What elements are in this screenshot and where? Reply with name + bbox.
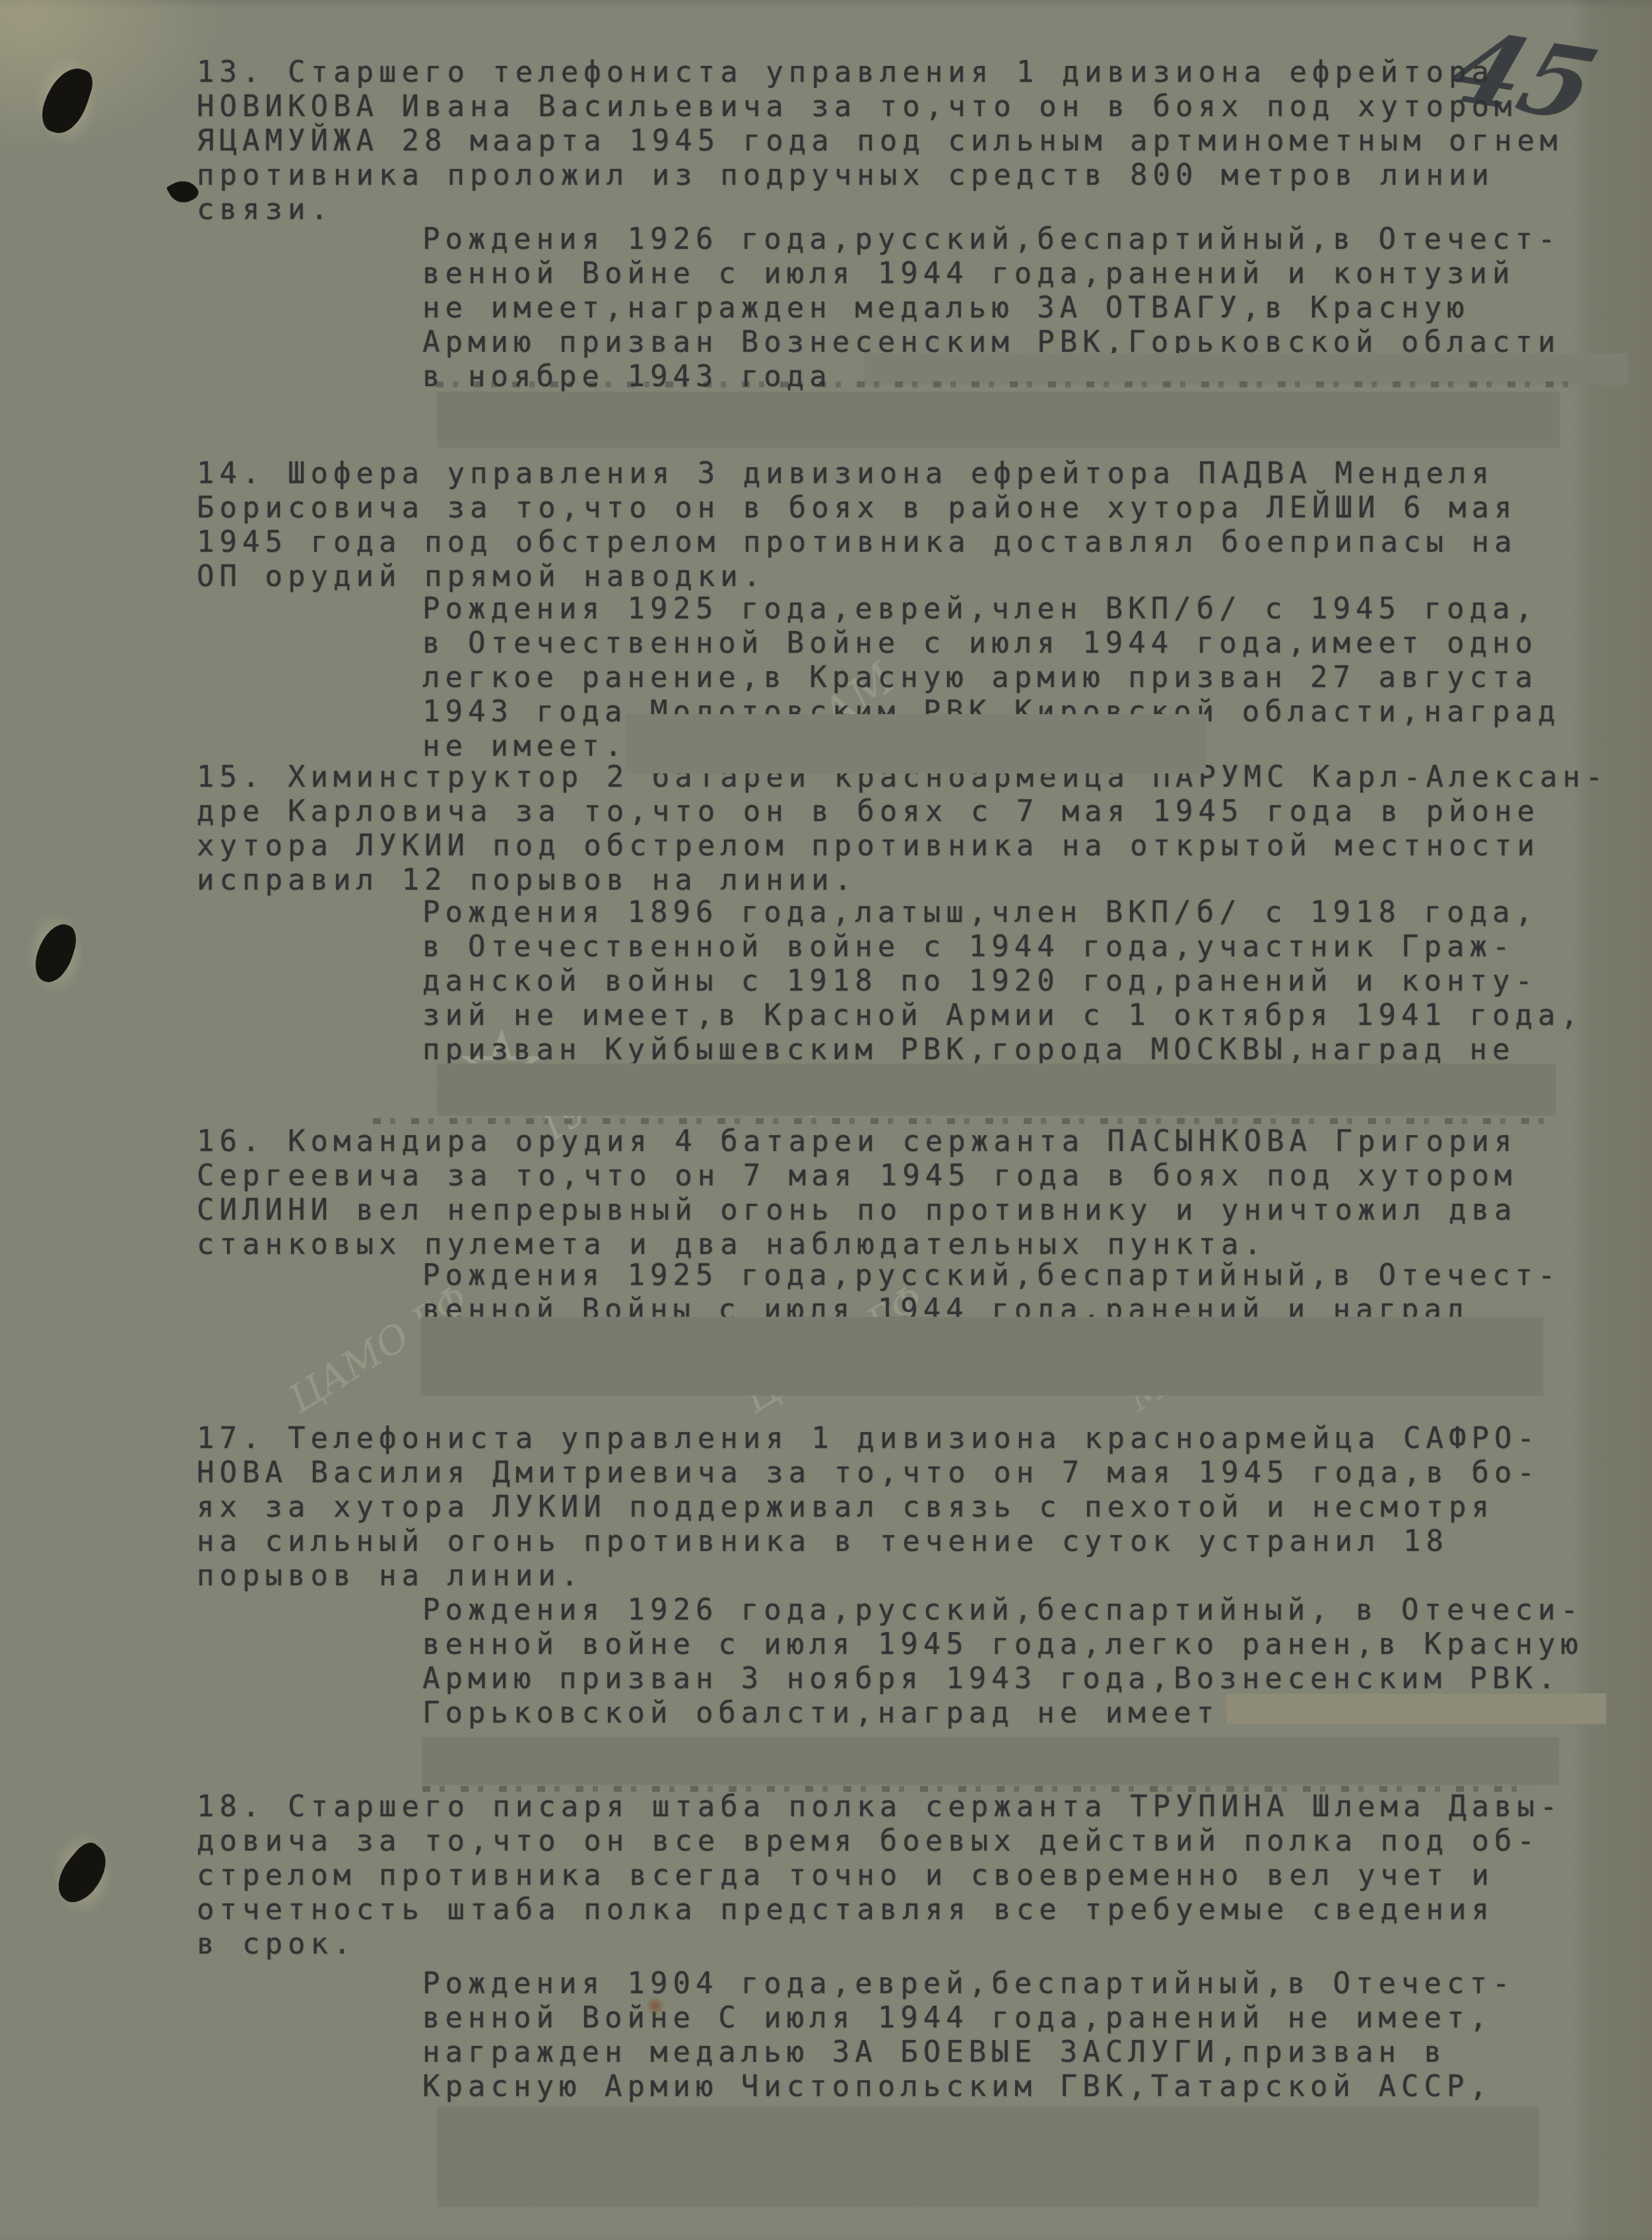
- redaction-bar: [438, 2107, 1538, 2207]
- scanned-document-page: { "page": { "handwritten_number": "45" }…: [0, 0, 1652, 2240]
- redacted-line-remnant: [436, 381, 1584, 387]
- redaction-bar: [865, 354, 1627, 384]
- redaction-bar: [438, 392, 1560, 447]
- paper-tear: [38, 923, 73, 983]
- award-entry-18-main: 18. Старшего писаря штаба полка сержанта…: [197, 1790, 1562, 1961]
- award-entry-13-main: 13. Старшего телефониста управления 1 ди…: [197, 55, 1562, 227]
- mark-dark: [166, 174, 201, 208]
- redaction-bar: [421, 1317, 1543, 1395]
- redaction-bar: [422, 1737, 1559, 1785]
- paper-tear: [63, 1843, 102, 1905]
- ink-mark: [170, 180, 197, 203]
- award-entry-15-main: 15. Химинструктор 2 батареи красноармейц…: [197, 760, 1608, 898]
- paper-tear: [46, 66, 87, 135]
- award-entry-17-main: 17. Телефониста управления 1 дивизиона к…: [197, 1422, 1540, 1593]
- redacted-line-remnant: [373, 1118, 1558, 1124]
- redacted-line-remnant: [422, 1786, 1531, 1792]
- handwritten-page-number: 45: [1436, 10, 1610, 143]
- redaction-bar: [626, 715, 1205, 773]
- award-entry-15-details: Рождения 1896 года,латыш,член ВКП/б/ с 1…: [422, 896, 1583, 1067]
- award-entry-14-main: 14. Шофера управления 3 дивизиона ефрейт…: [197, 457, 1517, 594]
- award-entry-18-details: Рождения 1904 года,еврей,беспартийный,в …: [422, 1967, 1515, 2104]
- redaction-bar: [438, 1064, 1556, 1115]
- redaction-bar: [1226, 1694, 1606, 1724]
- award-entry-16-main: 16. Командира орудия 4 батареи сержанта …: [197, 1125, 1517, 1262]
